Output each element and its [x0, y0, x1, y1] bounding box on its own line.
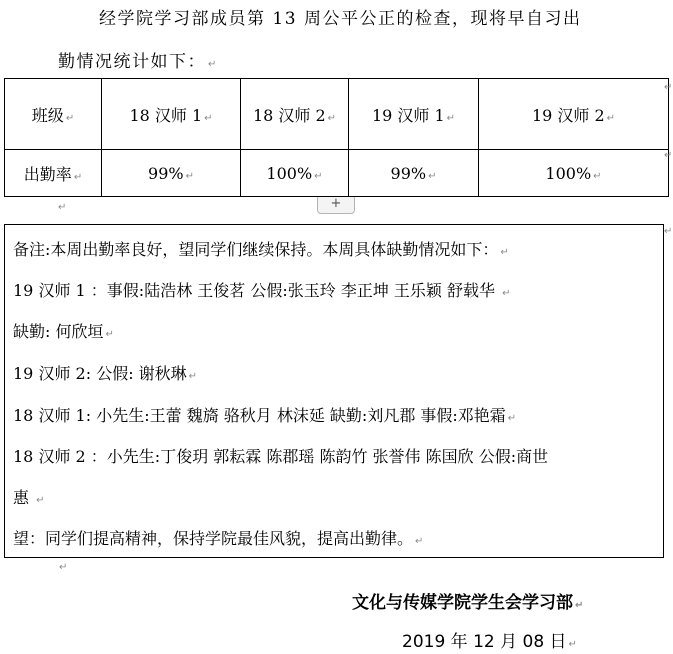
paragraph-mark-icon: ↵ [415, 536, 423, 547]
note-text: 望：同学们提高精神，保持学院最佳风貌，提高出勤律。 [13, 529, 413, 548]
paragraph-mark-icon: ↵ [204, 113, 212, 124]
note-text: 备注:本周出勤率良好，望同学们继续保持。本周具体缺勤情况如下： [13, 240, 498, 259]
paragraph-mark-icon: ↵ [447, 113, 455, 124]
paragraph-mark-icon: ↵ [502, 288, 510, 299]
cell-text: 99% [391, 164, 427, 183]
note-text: 19 汉师 2: 公假: 谢秋琳 [13, 364, 187, 383]
table-header-row: 班级↵ 18 汉师 1↵ 18 汉师 2↵ 19 汉师 1↵ 19 汉师 2↵ [5, 79, 669, 150]
notes-text-box[interactable]: 备注:本周出勤率良好，望同学们继续保持。本周具体缺勤情况如下：↵ 19 汉师 1… [4, 224, 664, 558]
table-cell[interactable]: 出勤率↵ [5, 150, 102, 197]
date-text: 2019 年 12 月 08 日 [402, 632, 567, 652]
paragraph-mark-icon: ↵ [74, 172, 82, 183]
row-end-mark-icon: ↵ [664, 82, 672, 93]
paragraph-mark-icon: ↵ [508, 413, 516, 424]
table-cell[interactable]: 19 汉师 1↵ [349, 79, 479, 150]
table-cell[interactable]: 100%↵ [479, 150, 669, 197]
date-line: 2019 年 12 月 08 日↵ [402, 627, 577, 652]
note-line: 18 汉师 1: 小先生:王蕾 魏旖 骆秋月 林沫延 缺勤:刘凡郡 事假:邓艳霜… [13, 403, 516, 426]
paragraph-mark-icon: ↵ [575, 600, 583, 611]
table-cell[interactable]: 班级↵ [5, 79, 102, 150]
intro-line-1: 经学院学习部成员第 13 周公平公正的检查，现将早自习出 [99, 4, 581, 29]
paragraph-mark-icon: ↵ [105, 329, 113, 340]
row-end-mark-icon: ↵ [664, 226, 672, 237]
signature-text: 文化与传媒学院学生会学习部 [352, 593, 573, 613]
cell-text: 班级 [32, 106, 64, 125]
paragraph-mark-icon: ↵ [569, 639, 577, 650]
cell-text: 18 汉师 1 [129, 106, 202, 125]
plus-icon: + [331, 196, 342, 211]
paragraph-mark-icon: ↵ [208, 59, 218, 70]
intro-text-1: 经学院学习部成员第 13 周公平公正的检查，现将早自习出 [99, 9, 581, 29]
cell-text: 99% [148, 164, 184, 183]
paragraph-mark-icon: ↵ [593, 171, 601, 182]
paragraph-mark-icon: ↵ [59, 562, 67, 573]
cell-text: 100% [545, 164, 591, 183]
paragraph-mark-icon: ↵ [428, 171, 436, 182]
note-line: 望：同学们提高精神，保持学院最佳风貌，提高出勤律。↵ [13, 526, 423, 549]
cell-text: 出勤率 [24, 165, 72, 184]
signature-line: 文化与传媒学院学生会学习部↵ [352, 588, 583, 613]
paragraph-mark-icon: ↵ [500, 247, 508, 258]
table-data-row: 出勤率↵ 99%↵ 100%↵ 99%↵ 100%↵ [5, 150, 669, 197]
cell-text: 19 汉师 2 [532, 106, 605, 125]
cell-text: 18 汉师 2 [253, 106, 326, 125]
paragraph-mark-icon: ↵ [66, 113, 74, 124]
paragraph-mark-icon: ↵ [328, 113, 336, 124]
add-table-row-button[interactable]: + [317, 197, 355, 214]
cell-text: 100% [266, 164, 312, 183]
note-text: 18 汉师 2 ：小先生:丁俊玥 郭耘霖 陈郡瑶 陈韵竹 张誉伟 陈国欣 公假:… [13, 447, 548, 466]
table-cell[interactable]: 18 汉师 2↵ [241, 79, 349, 150]
paragraph-mark-icon: ↵ [607, 113, 615, 124]
table-cell[interactable]: 99%↵ [349, 150, 479, 197]
table-cell[interactable]: 99%↵ [102, 150, 241, 197]
paragraph-mark-icon: ↵ [186, 171, 194, 182]
note-line: 19 汉师 2: 公假: 谢秋琳↵ [13, 361, 197, 384]
note-line: 惠 ↵ [13, 485, 44, 508]
cell-text: 19 汉师 1 [372, 106, 445, 125]
note-text: 18 汉师 1: 小先生:王蕾 魏旖 骆秋月 林沫延 缺勤:刘凡郡 事假:邓艳霜 [13, 406, 506, 425]
table-cell[interactable]: 18 汉师 1↵ [102, 79, 241, 150]
paragraph-mark-icon: ↵ [58, 202, 66, 213]
table-cell[interactable]: 100%↵ [241, 150, 349, 197]
note-text: 惠 [13, 488, 34, 507]
intro-text-2: 勤情况统计如下： [58, 52, 206, 72]
note-line: 备注:本周出勤率良好，望同学们继续保持。本周具体缺勤情况如下：↵ [13, 237, 509, 260]
paragraph-mark-icon: ↵ [314, 171, 322, 182]
intro-line-2: 勤情况统计如下：↵ [58, 47, 218, 72]
paragraph-mark-icon: ↵ [189, 371, 197, 382]
note-text: 缺勤: 何欣垣 [13, 322, 103, 341]
paragraph-mark-icon: ↵ [36, 495, 44, 506]
table-cell[interactable]: 19 汉师 2↵ [479, 79, 669, 150]
note-line: 19 汉师 1 ：事假:陆浩林 王俊茗 公假:张玉玲 李正坤 王乐颖 舒载华 ↵ [13, 278, 511, 301]
note-line: 缺勤: 何欣垣↵ [13, 319, 114, 342]
attendance-table: 班级↵ 18 汉师 1↵ 18 汉师 2↵ 19 汉师 1↵ 19 汉师 2↵ … [4, 78, 669, 197]
note-text: 19 汉师 1 ：事假:陆浩林 王俊茗 公假:张玉玲 李正坤 王乐颖 舒载华 [13, 281, 500, 300]
row-end-mark-icon: ↵ [664, 150, 672, 161]
note-line: 18 汉师 2 ：小先生:丁俊玥 郭耘霖 陈郡瑶 陈韵竹 张誉伟 陈国欣 公假:… [13, 444, 548, 467]
